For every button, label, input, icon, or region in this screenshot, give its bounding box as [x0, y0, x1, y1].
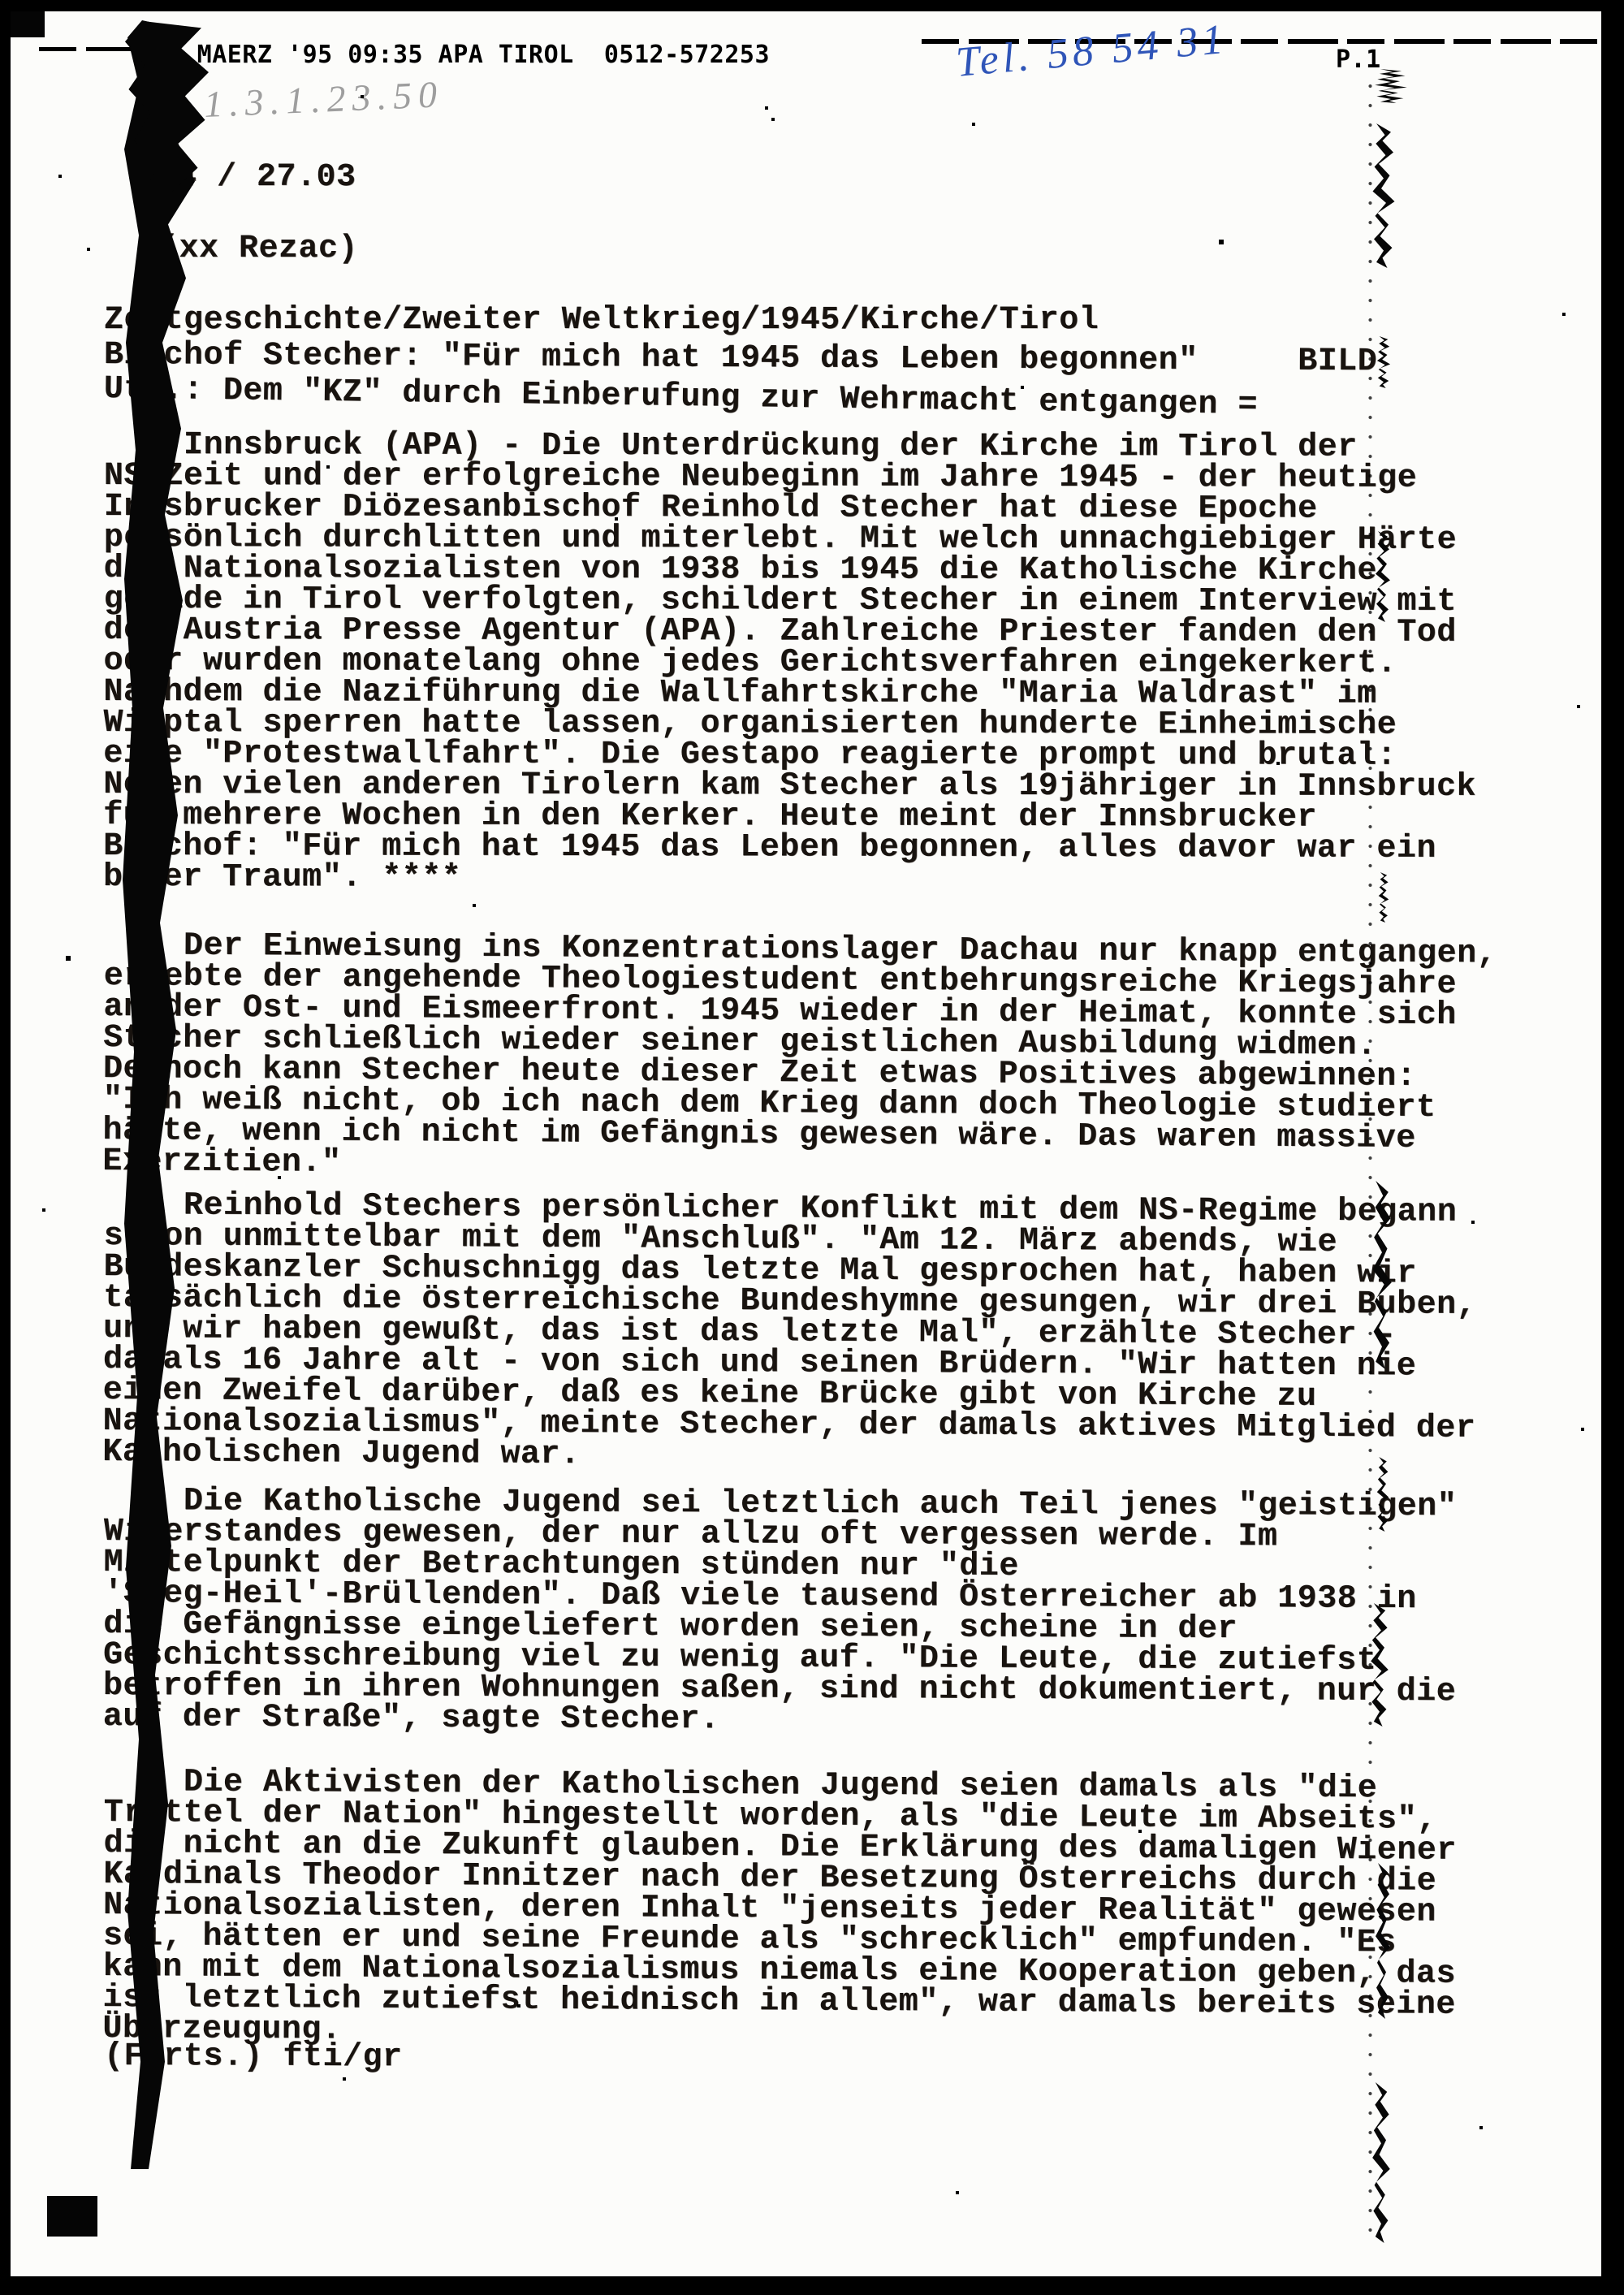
scan-noise-specks [11, 11, 12, 13]
right-streak-blob [1376, 336, 1391, 388]
fax-document: { "colors": { "paper": "#fcfcfa", "ink":… [0, 0, 1624, 2295]
handwritten-pen-phone: Tel. 58 54 31 [954, 15, 1229, 87]
right-fax-dot-streak [1365, 76, 1378, 2237]
handwritten-pencil-code: 1.3.1.23.50 [203, 72, 444, 126]
paragraph-3: Reinhold Stechers persönlicher Konflikt … [102, 1191, 1477, 1476]
fax-transmission-header: 27 MAERZ '95 09:35 APA TIROL 0512-572253 [152, 41, 770, 69]
message-headline: Bischof Stecher: "Für mich hat 1945 das … [104, 340, 1377, 378]
scan-corner-blob [11, 11, 45, 37]
right-streak-blob [1373, 69, 1409, 103]
fax-page-number: P.1 [1336, 45, 1381, 74]
paragraph-1: Innsbruck (APA) - Die Unterdrückung der … [103, 430, 1477, 896]
paragraph-5: Die Aktivisten der Katholischen Jugend s… [102, 1767, 1457, 2052]
message-id-line: 4 / 27.03 [177, 162, 356, 193]
bottom-left-black-square [47, 2196, 97, 2237]
scanned-page: 27 MAERZ '95 09:35 APA TIROL 0512-572253… [11, 11, 1601, 2276]
paragraph-4: Die Katholische Jugend sei letztlich auc… [103, 1486, 1458, 1739]
paragraph-2: Der Einweisung ins Konzentrationslager D… [102, 931, 1497, 1186]
message-subheadline: Utl.: Dem "KZ" durch Einberufung zur Weh… [103, 374, 1258, 421]
message-byline: (xx Rezac) [159, 234, 358, 265]
message-slug-line: Zeitgeschichte/Zweiter Weltkrieg/1945/Ki… [104, 305, 1099, 336]
